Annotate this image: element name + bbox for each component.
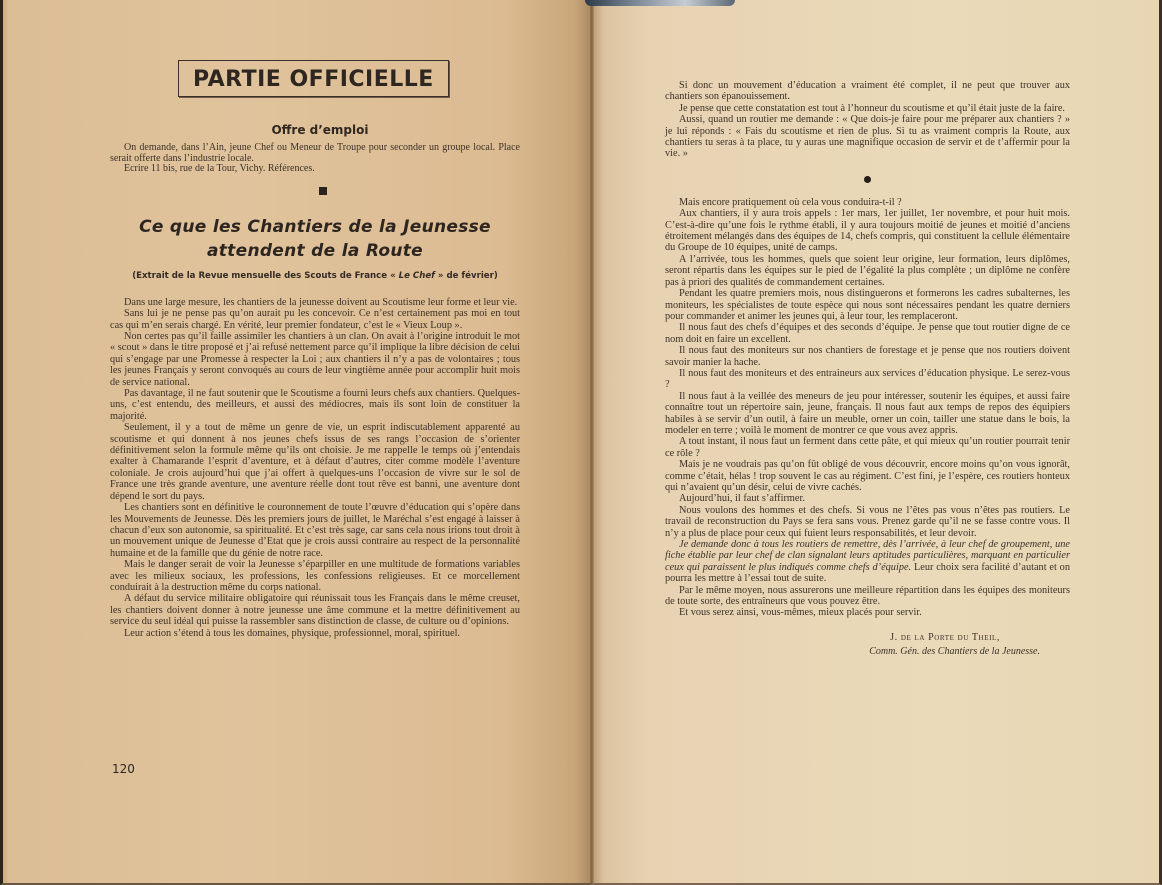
page-number: 120 — [112, 762, 135, 776]
article-source: (Extrait de la Revue mensuelle des Scout… — [110, 271, 520, 281]
paragraph: Il nous faut des moniteurs et des entrai… — [665, 368, 1070, 391]
source-prefix: (Extrait de la Revue mensuelle des Scout… — [132, 271, 395, 281]
scanner-edge — [585, 0, 735, 6]
magazine-spread: PARTIE OFFICIELLE Offre d’emploi On dema… — [0, 0, 1162, 885]
paragraph: Par le même moyen, nous assurerons une m… — [665, 585, 1070, 608]
article-title: Ce que les Chantiers de la Jeunesse atte… — [110, 215, 520, 263]
paragraph: Nous voulons des hommes et des chefs. Si… — [665, 505, 1070, 539]
source-suffix: » de février) — [438, 271, 498, 281]
job-offer: Offre d’emploi On demande, dans l’Ain, j… — [110, 123, 520, 175]
paragraph: A l’arrivée, tous les hommes, quels que … — [665, 254, 1070, 288]
section-heading: PARTIE OFFICIELLE — [178, 60, 449, 97]
job-offer-title: Offre d’emploi — [120, 123, 520, 137]
paragraph: Dans une large mesure, les chantiers de … — [110, 297, 520, 308]
source-publication: Le Chef — [396, 271, 438, 281]
section-separator-square — [319, 187, 327, 195]
paragraph: Seulement, il y a tout de même un genre … — [110, 422, 520, 502]
job-offer-text: On demande, dans l’Ain, jeune Chef ou Me… — [110, 143, 520, 164]
instruction-paragraph: Je demande donc à tous les routiers de r… — [665, 539, 1070, 585]
paragraph: Si donc un mouvement d’éducation a vraim… — [665, 80, 1070, 103]
paragraph: Pas davantage, il ne faut soutenir que l… — [110, 388, 520, 422]
paragraph: A défaut du service militaire obligatoir… — [110, 593, 520, 627]
paragraph: Pendant les quatre premiers mois, nous d… — [665, 288, 1070, 322]
paragraph: Aux chantiers, il y aura trois appels : … — [665, 208, 1070, 254]
article-title-line-1: Ce que les Chantiers de la Jeunesse — [110, 215, 520, 239]
paragraph: Les chantiers sont en définitive le cour… — [110, 502, 520, 559]
book-gutter — [590, 0, 594, 885]
paragraph: Il nous faut des moniteurs sur nos chant… — [665, 345, 1070, 368]
paragraph: Sans lui je ne pense pas qu’on aurait pu… — [110, 308, 520, 331]
left-page-content: PARTIE OFFICIELLE Offre d’emploi On dema… — [110, 60, 520, 639]
paragraph: Aussi, quand un routier me demande : « Q… — [665, 114, 1070, 160]
signature-name: J. de la Porte du Theil, — [665, 631, 1070, 645]
paragraph: Il nous faut à la veillée des meneurs de… — [665, 391, 1070, 437]
right-page-content: Si donc un mouvement d’éducation a vraim… — [665, 80, 1070, 659]
signature-block: J. de la Porte du Theil, Comm. Gén. des … — [665, 631, 1070, 659]
paragraph: Aujourd’hui, il faut s’affirmer. — [665, 493, 1070, 504]
article-body-left: Dans une large mesure, les chantiers de … — [110, 297, 520, 639]
paragraph: Mais le danger serait de voir la Jeuness… — [110, 559, 520, 593]
section-separator-dot — [864, 176, 871, 183]
paragraph: Mais je ne voudrais pas qu’on fût obligé… — [665, 459, 1070, 493]
paragraph: Mais encore pratiquement où cela vous co… — [665, 197, 1070, 208]
signature-role: Comm. Gén. des Chantiers de la Jeunesse. — [665, 645, 1070, 659]
paragraph: Leur action s’étend à tous les domaines,… — [110, 628, 520, 639]
job-offer-address: Ecrire 11 bis, rue de la Tour, Vichy. Ré… — [110, 164, 520, 175]
paragraph: Je pense que cette constatation est tout… — [665, 103, 1070, 114]
paragraph: Et vous serez ainsi, vous-mêmes, mieux p… — [665, 607, 1070, 618]
article-title-line-2: attendent de la Route — [110, 239, 520, 263]
paragraph: Il nous faut des chefs d’équipes et des … — [665, 322, 1070, 345]
paragraph: Non certes pas qu’il faille assimiler le… — [110, 331, 520, 388]
paragraph: A tout instant, il nous faut un ferment … — [665, 436, 1070, 459]
